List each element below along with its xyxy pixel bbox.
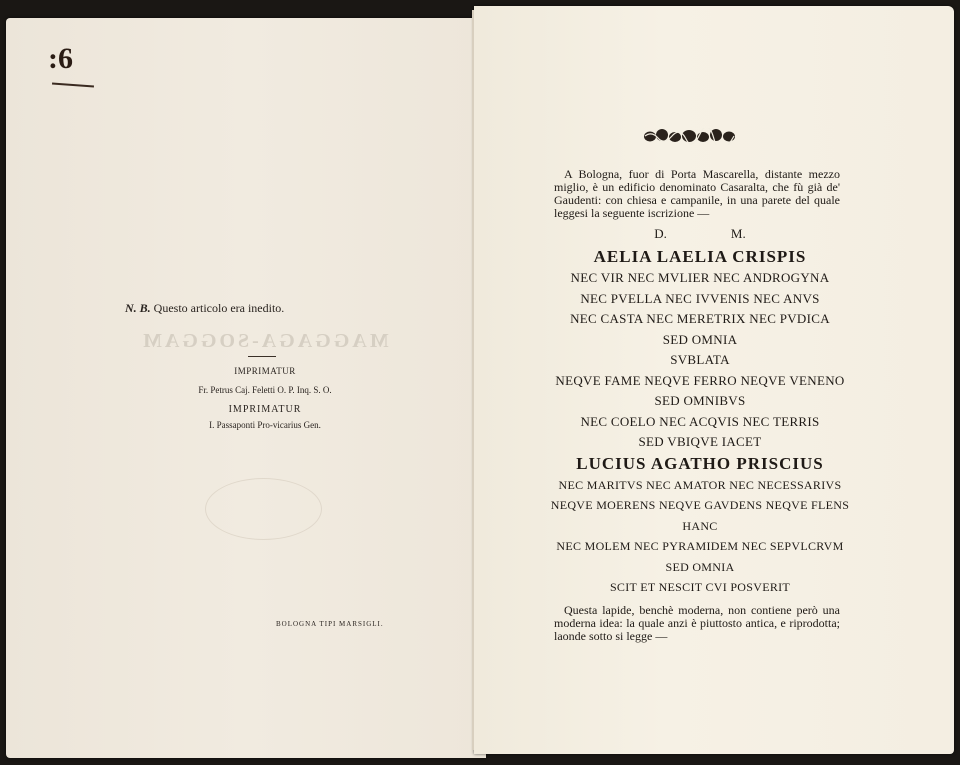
inscription-line: SCIT ET NESCIT CVI POSVERIT xyxy=(520,577,880,598)
dis-manibus-heading: D.M. xyxy=(520,226,880,242)
inscription-line: NEQVE FAME NEQVE FERRO NEQVE VENENO xyxy=(520,371,880,392)
imprimatur-name-2: I. Passaponti Pro-vicarius Gen. xyxy=(125,420,405,430)
inscription-line: NEC PVELLA NEC IVVENIS NEC ANVS xyxy=(520,289,880,310)
inscription-line: SVBLATA xyxy=(520,350,880,371)
inscription-line: NEC MOLEM NEC PYRAMIDEM NEC SEPVLCRVM xyxy=(520,536,880,557)
imprimatur-heading-2: IMPRIMATUR xyxy=(125,404,405,415)
handwritten-page-mark: :6 xyxy=(48,42,73,76)
inscription-line: NEC COELO NEC ACQVIS NEC TERRIS xyxy=(520,412,880,433)
inscription-line: NEC MARITVS NEC AMATOR NEC NECESSARIVS xyxy=(520,475,880,496)
intro-paragraph: A Bologna, fuor di Porta Mascarella, dis… xyxy=(554,168,840,220)
inscription-line: NEC VIR NEC MVLIER NEC ANDROGYNA xyxy=(520,268,880,289)
printer-imprint: BOLOGNA TIPI MARSIGLI. xyxy=(276,620,384,628)
note-label: N. B. xyxy=(125,301,151,315)
inscription-line: HANC xyxy=(520,516,880,537)
dm-right: M. xyxy=(731,226,746,241)
inscription-line: SED OMNIA xyxy=(520,557,880,578)
inscription-line: NEQVE MOERENS NEQVE GAVDENS NEQVE FLENS xyxy=(520,495,880,516)
imprimatur-name-1: Fr. Petrus Caj. Feletti O. P. Inq. S. O. xyxy=(125,385,405,395)
inscription-line: NEC CASTA NEC MERETRIX NEC PVDICA xyxy=(520,309,880,330)
latin-inscription: AELIA LAELIA CRISPISNEC VIR NEC MVLIER N… xyxy=(520,246,880,598)
book-spine xyxy=(472,10,474,750)
note-text: Questo articolo era inedito. xyxy=(154,301,285,315)
closing-paragraph: Questa lapide, benchè moderna, non conti… xyxy=(554,604,840,643)
inscription-line: LUCIUS AGATHO PRISCIUS xyxy=(520,453,880,475)
dm-left: D. xyxy=(654,226,667,241)
inscription-line: SED VBIQVE IACET xyxy=(520,432,880,453)
editorial-note: N. B. Questo articolo era inedito. xyxy=(125,301,284,316)
divider-rule xyxy=(248,356,276,357)
inscription-line: SED OMNIBVS xyxy=(520,391,880,412)
bleed-through-text: MAGGAGA-SOGGAM xyxy=(140,330,389,353)
vine-ornament-icon xyxy=(642,128,738,145)
inscription-line: SED OMNIA xyxy=(520,330,880,351)
faded-library-stamp xyxy=(205,478,322,540)
imprimatur-heading-1: IMPRIMATUR xyxy=(125,366,405,376)
inscription-line: AELIA LAELIA CRISPIS xyxy=(520,246,880,268)
